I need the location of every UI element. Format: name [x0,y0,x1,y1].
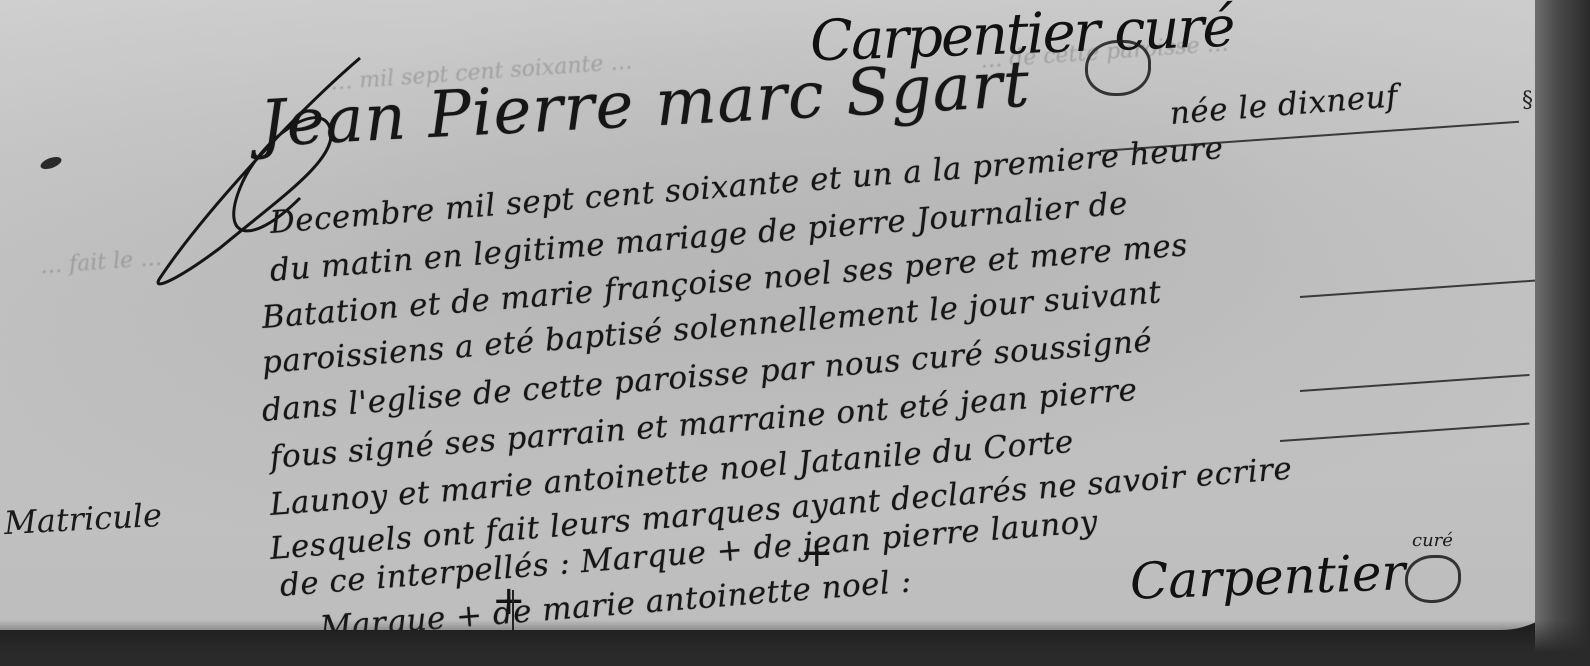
ruled-line [1300,374,1530,392]
register-line-1: née le dixneuf [1169,78,1400,132]
scan-bottom-shadow [0,620,1590,666]
margin-note: Matricule [3,496,163,542]
signature-title: curé [1412,530,1453,551]
scan-edge-shadow [1535,0,1590,666]
ruled-line [1300,279,1540,298]
margin-symbol: § [1522,88,1533,113]
signature-paraph-icon [1085,40,1151,96]
document-page: … mil sept cent soixante … … de cette pa… [0,0,1560,630]
closing-signature: Carpentier [1129,543,1406,611]
cross-mark-icon: + [492,578,526,624]
signature-paraph-icon [1405,555,1461,603]
ink-smudge [39,155,63,172]
ruled-line [1280,423,1530,442]
cross-mark-icon: + [800,530,834,576]
